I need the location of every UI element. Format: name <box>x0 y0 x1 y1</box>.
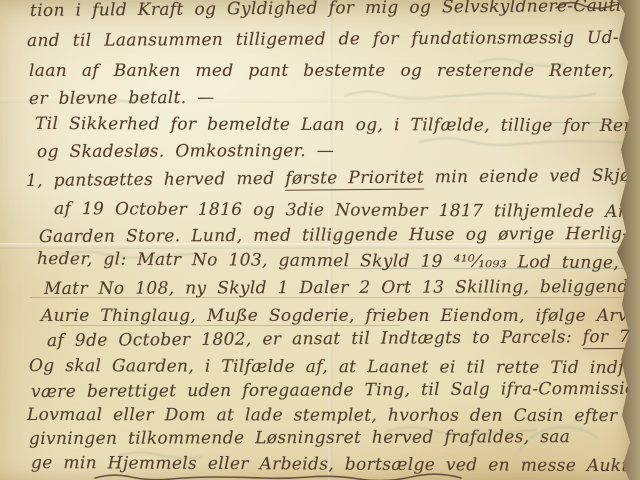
manuscript-line: Til Sikkerhed for bemeldte Laan og, i Ti… <box>35 114 617 136</box>
underlined-phrase: første Prioritet <box>285 168 424 191</box>
manuscript-line: givningen tilkommende Løsningsret herved… <box>29 427 570 449</box>
manuscript-line: Matr No 108, ny Skyld 1 Daler 2 Ort 13 S… <box>44 277 616 299</box>
manuscript-line: Aurie Thinglaug, Muße Sogderie, frieben … <box>41 306 617 326</box>
line-text: Gaarden Store. Lund, med tilliggende Hus… <box>39 224 629 247</box>
cut-off-bottom-line-stroke <box>95 474 461 480</box>
line-text: tion i fuld Kraft og Gyldighed for mig o… <box>30 0 640 21</box>
line-text: og Skadesløs. Omkostninger. — <box>37 141 334 162</box>
line-text: ge min Hjemmels eller Arbeids, bortsælge… <box>31 453 640 477</box>
line-text: Til Sikkerhed for bemeldte Laan og, i Ti… <box>35 114 640 136</box>
line-text: laan af Banken med pant bestemte og rest… <box>29 61 614 81</box>
line-text: Matr No 108, ny Skyld 1 Daler 2 Ort 13 S… <box>44 277 640 299</box>
line-text: Aurie Thinglaug, Muße Sogderie, frieben … <box>41 306 640 326</box>
underlined-phrase: for 789 Rbd Sø. <box>583 326 640 349</box>
manuscript-line: and til Laansummen tilligemed de for fun… <box>27 28 619 51</box>
line-text: Og skal Gaarden, i Tilfælde af, at Laane… <box>29 356 640 378</box>
manuscript-line: af 9de October 1802, er ansat til Indtæg… <box>47 327 617 351</box>
manuscript-line: heder, gl: Matr No 103, gammel Skyld 19 … <box>37 249 619 273</box>
manuscript-line: laan af Banken med pant bestemte og rest… <box>29 61 614 81</box>
line-text: and til Laansummen tilligemed de for fun… <box>27 28 619 51</box>
manuscript-line: tion i fuld Kraft og Gyldighed for mig o… <box>30 0 620 21</box>
manuscript-line: Og skal Gaarden, i Tilfælde af, at Laane… <box>29 356 617 378</box>
line-text: Lovmaal eller Dom at lade stemplet, hvor… <box>27 405 640 426</box>
line-text: 1, pantsættes herved med <box>26 169 285 191</box>
line-text: af 9de October 1802, er ansat til Indtæg… <box>47 327 583 351</box>
line-text: min eiende ved Skjøde <box>424 166 640 188</box>
manuscript-line: Lovmaal eller Dom at lade stemplet, hvor… <box>27 405 617 426</box>
manuscript-line: 1, pantsættes herved med første Priorite… <box>26 166 618 191</box>
manuscript-line: af 19 October 1816 og 3die November 1817… <box>54 199 618 222</box>
manuscript-line: Gaarden Store. Lund, med tilliggende Hus… <box>39 224 617 247</box>
line-text: givningen tilkommende Løsningsret herved… <box>29 427 570 449</box>
manuscript-line: er blevne betalt. — <box>29 88 215 109</box>
line-text: af 19 October 1816 og 3die November 1817… <box>54 199 640 222</box>
document-photo: tion i fuld Kraft og Gyldighed for mig o… <box>0 0 640 480</box>
line-text: er blevne betalt. — <box>29 88 215 109</box>
manuscript-line: være berettiget uden foregaaende Ting, t… <box>31 379 617 402</box>
manuscript-line: ge min Hjemmels eller Arbeids, bortsælge… <box>31 453 617 476</box>
manuscript-page: tion i fuld Kraft og Gyldighed for mig o… <box>0 0 640 480</box>
manuscript-line: og Skadesløs. Omkostninger. — <box>37 141 334 162</box>
line-text: heder, gl: Matr No 103, gammel Skyld 19 … <box>37 249 640 273</box>
line-text: være berettiget uden foregaaende Ting, t… <box>31 379 640 402</box>
